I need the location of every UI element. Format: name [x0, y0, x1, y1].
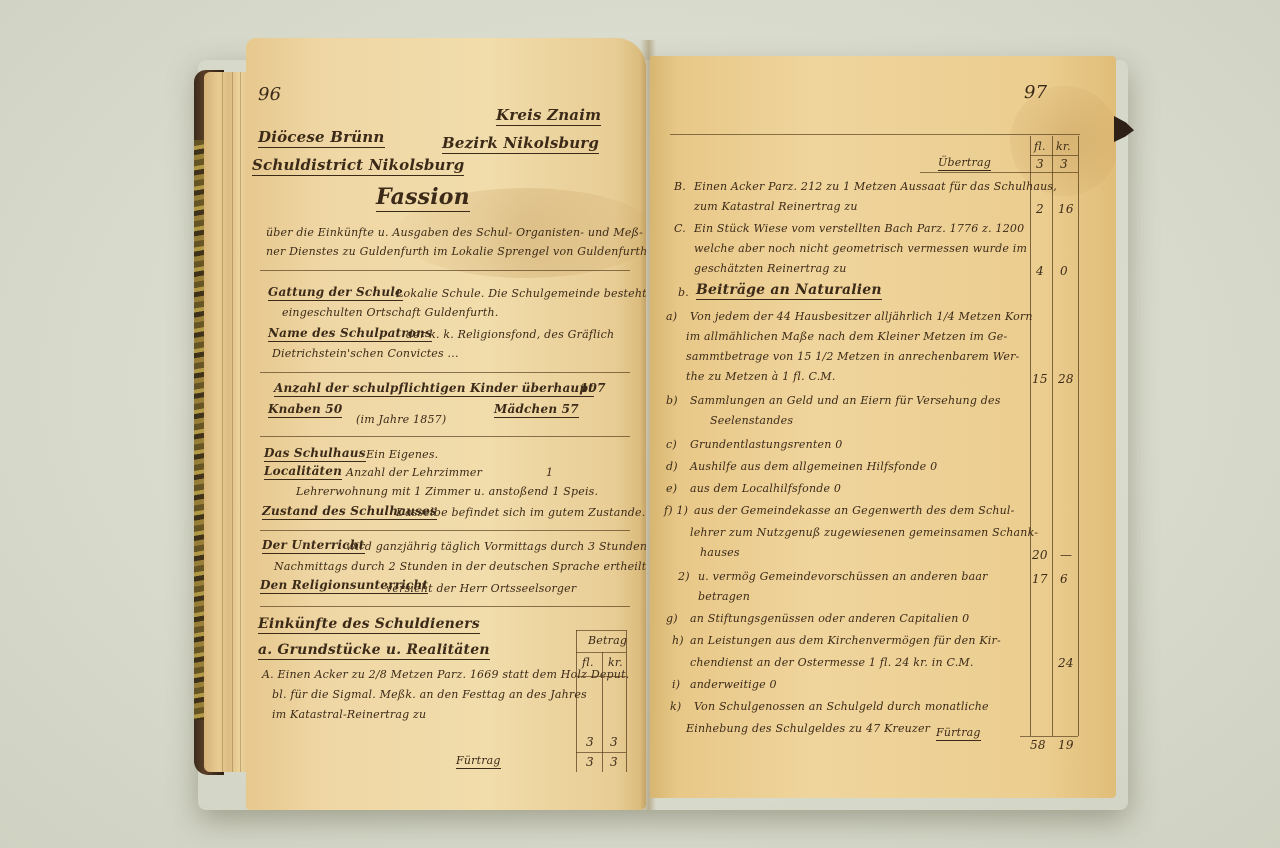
- intro-line: über die Einkünfte u. Ausgaben des Schul…: [266, 226, 643, 239]
- income-kr: 3: [610, 735, 618, 749]
- entry-mark: C.: [674, 222, 686, 235]
- item-line: Grundentlastungsrenten 0: [690, 438, 842, 451]
- localities-count: 1: [546, 466, 553, 479]
- item-mark: 2): [678, 570, 690, 583]
- income-line: bl. für die Sigmal. Meßk. an den Festtag…: [272, 688, 587, 701]
- entry-line: zum Katastral Reinertrag zu: [694, 200, 858, 213]
- page-edge-line: [240, 72, 241, 772]
- top-rule: [670, 134, 1080, 135]
- divider: [260, 372, 630, 373]
- item-line: an Leistungen aus dem Kirchenvermögen fü…: [690, 634, 1001, 647]
- table-border: [576, 752, 626, 753]
- instruction-line: Nachmittags durch 2 Stunden in der deuts…: [274, 560, 646, 573]
- section-mark: b.: [678, 286, 689, 299]
- item-mark: g): [666, 612, 678, 625]
- item-mark: d): [666, 460, 678, 473]
- item-line: Aushilfe aus dem allgemeinen Hilfsfonde …: [690, 460, 937, 473]
- children-label: Anzahl der schulpflichtigen Kinder überh…: [274, 381, 594, 397]
- item-mark: c): [666, 438, 677, 451]
- table-border: [576, 652, 626, 653]
- item-mark: e): [666, 482, 677, 495]
- furtrag-label: Fürtrag: [456, 754, 501, 769]
- furtrag-label: Fürtrag: [936, 726, 981, 741]
- item-mark: k): [670, 700, 681, 713]
- section-label: Beiträge an Naturalien: [696, 282, 882, 300]
- divider: [260, 270, 630, 271]
- item-line: Von jedem der 44 Hausbesitzer alljährlic…: [690, 310, 1033, 323]
- item-line: hauses: [700, 546, 740, 559]
- page-number-left: 96: [258, 84, 281, 105]
- item-line: Einhebung des Schulgeldes zu 47 Kreuzer: [686, 722, 930, 735]
- item-line: Sammlungen an Geld und an Eiern für Vers…: [690, 394, 1001, 407]
- column-kr-line: [1052, 136, 1053, 736]
- item-mark: h): [672, 634, 684, 647]
- entry-line: geschätzten Reinertrag zu: [694, 262, 847, 275]
- right-page: 97 fl. kr. Übertrag 3 3 B. Einen Acker P…: [650, 56, 1116, 798]
- children-total: 107: [580, 381, 606, 395]
- item-kr: —: [1060, 548, 1072, 562]
- table-header: Betrag: [588, 634, 627, 647]
- gattung-value: eingeschulten Ortschaft Guldenfurth.: [282, 306, 498, 319]
- column-fl-line: [1030, 136, 1031, 736]
- localities-line: Lehrerwohnung mit 1 Zimmer u. anstoßend …: [296, 485, 598, 498]
- kreis-heading: Kreis Znaim: [496, 106, 601, 126]
- bezirk-heading: Bezirk Nikolsburg: [442, 134, 599, 154]
- col-fl-header: fl.: [1034, 140, 1046, 153]
- divider: [260, 436, 630, 437]
- item-mark: b): [666, 394, 678, 407]
- income-fl: 3: [586, 735, 594, 749]
- gattung-label: Gattung der Schule: [268, 285, 403, 301]
- entry-fl: 2: [1036, 202, 1044, 216]
- item-line: betragen: [698, 590, 750, 603]
- religion-value: versieht der Herr Ortsseelsorger: [386, 582, 576, 595]
- entry-kr: 0: [1060, 264, 1068, 278]
- income-label: Einkünfte des Schuldieners: [258, 616, 480, 634]
- page-edge-line: [222, 72, 223, 772]
- divider: [260, 530, 630, 531]
- header-rule: [1030, 155, 1078, 156]
- item-line: u. vermög Gemeindevorschüssen an anderen…: [698, 570, 988, 583]
- total-fl: 3: [586, 755, 594, 769]
- entry-line: Ein Stück Wiese vom verstellten Bach Par…: [694, 222, 1024, 235]
- income-sub-label: a. Grundstücke u. Realitäten: [258, 642, 490, 660]
- item-line: aus der Gemeindekasse an Gegenwerth des …: [694, 504, 1015, 517]
- page-number-right: 97: [1024, 82, 1047, 103]
- total-kr: 3: [610, 755, 618, 769]
- carry-over-kr: 3: [1060, 157, 1068, 171]
- table-border: [626, 630, 627, 772]
- localities-label: Localitäten: [264, 464, 342, 480]
- item-fl: 17: [1032, 572, 1048, 586]
- item-line: sammtbetrage von 15 1/2 Metzen in anrech…: [686, 350, 1019, 363]
- item-mark: a): [666, 310, 677, 323]
- divider: [260, 606, 630, 607]
- document-title: Fassion: [376, 184, 470, 212]
- total-fl: 58: [1030, 738, 1046, 752]
- entry-fl: 4: [1036, 264, 1044, 278]
- schuldistrict-heading: Schuldistrict Nikolsburg: [252, 156, 464, 176]
- item-line: Seelenstandes: [710, 414, 793, 427]
- carry-over-label: Übertrag: [938, 156, 991, 171]
- item-line: the zu Metzen à 1 fl. C.M.: [686, 370, 836, 383]
- item-mark: i): [672, 678, 680, 691]
- total-rule: [1020, 736, 1078, 737]
- col-kr: kr.: [608, 656, 623, 669]
- col-fl: fl.: [582, 656, 594, 669]
- item-line: an Stiftungsgenüssen oder anderen Capita…: [690, 612, 969, 625]
- schoolhouse-label: Das Schulhaus: [264, 446, 366, 462]
- entry-mark: B.: [674, 180, 686, 193]
- year-note: (im Jahre 1857): [356, 413, 446, 426]
- page-edge-line: [232, 72, 233, 772]
- item-line: Von Schulgenossen an Schulgeld durch mon…: [694, 700, 989, 713]
- intro-line: ner Dienstes zu Guldenfurth im Lokalie S…: [266, 245, 646, 258]
- income-line: im Katastral-Reinertrag zu: [272, 708, 426, 721]
- item-kr: 28: [1058, 372, 1074, 386]
- item-kr: 24: [1058, 656, 1074, 670]
- table-border: [576, 630, 626, 631]
- table-border: [602, 652, 603, 772]
- entry-kr: 16: [1058, 202, 1074, 216]
- localities-line: Anzahl der Lehrzimmer: [346, 466, 482, 479]
- instruction-line: wird ganzjährig täglich Vormittags durch…: [346, 540, 646, 553]
- item-fl: 15: [1032, 372, 1048, 386]
- gattung-value: Lokalie Schule. Die Schulgemeinde besteh…: [396, 287, 646, 300]
- carry-over-fl: 3: [1036, 157, 1044, 171]
- carry-rule: [920, 172, 1078, 173]
- item-line: chendienst an der Ostermesse 1 fl. 24 kr…: [690, 656, 974, 669]
- col-kr-header: kr.: [1056, 140, 1071, 153]
- schoolhouse-value: Ein Eigenes.: [366, 448, 438, 461]
- item-fl: 20: [1032, 548, 1048, 562]
- dioecese-heading: Diöcese Brünn: [258, 128, 385, 148]
- table-border: [576, 676, 626, 677]
- column-right-line: [1078, 136, 1079, 736]
- patron-value: Dietrichstein'schen Convictes ...: [272, 347, 459, 360]
- girls-label: Mädchen 57: [494, 402, 579, 418]
- income-line: A. Einen Acker zu 2/8 Metzen Parz. 1669 …: [262, 668, 629, 681]
- state-value: Dasselbe befindet sich im gutem Zustande…: [396, 506, 645, 519]
- item-line: anderweitige 0: [690, 678, 777, 691]
- total-kr: 19: [1058, 738, 1074, 752]
- item-line: aus dem Localhilfsfonde 0: [690, 482, 841, 495]
- entry-line: Einen Acker Parz. 212 zu 1 Metzen Aussaa…: [694, 180, 1057, 193]
- item-line: lehrer zum Nutzgenuß zugewiesenen gemein…: [690, 526, 1038, 539]
- left-page: 96 Kreis Znaim Diöcese Brünn Bezirk Niko…: [246, 38, 646, 810]
- boys-label: Knaben 50: [268, 402, 342, 418]
- entry-line: welche aber noch nicht geometrisch verme…: [694, 242, 1027, 255]
- item-kr: 6: [1060, 572, 1068, 586]
- patron-value: der k. k. Religionsfond, des Gräflich: [406, 328, 614, 341]
- item-line: im allmählichen Maße nach dem Kleiner Me…: [686, 330, 1007, 343]
- item-mark: f) 1): [664, 504, 688, 517]
